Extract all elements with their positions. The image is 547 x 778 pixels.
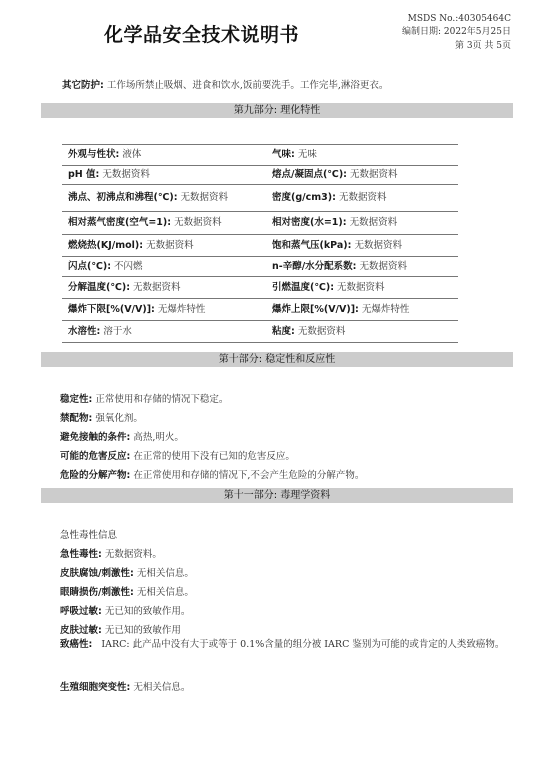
property-cell: 密度(g/cm3): 无数据资料 bbox=[266, 185, 458, 212]
table-row: 水溶性: 溶于水 粘度: 无数据资料 bbox=[62, 321, 458, 343]
compiled-date-value: 2022年5月25日 bbox=[444, 27, 511, 37]
property-cell: 燃烧热(KJ/mol): 无数据资料 bbox=[62, 235, 266, 257]
property-cell: 沸点、初沸点和沸程(℃): 无数据资料 bbox=[62, 185, 266, 212]
section10-header: 第十部分: 稳定性和反应性 bbox=[41, 352, 513, 367]
section11-header: 第十一部分: 毒理学资料 bbox=[41, 488, 513, 503]
decomposition-products-item: 危险的分解产物: 在正常使用和存储的情况下,不会产生危险的分解产物。 bbox=[60, 467, 364, 481]
document-title: 化学品安全技术说明书 bbox=[104, 20, 299, 47]
table-row: 相对蒸气密度(空气=1): 无数据资料 相对密度(水=1): 无数据资料 bbox=[62, 212, 458, 235]
skin-sensitization-item: 皮肤过敏: 无已知的致敏作用 bbox=[60, 622, 181, 636]
compiled-date: 编制日期: 2022年5月25日 bbox=[402, 26, 511, 39]
property-cell: 气味: 无味 bbox=[266, 145, 458, 166]
property-cell: 外观与性状: 液体 bbox=[62, 145, 266, 166]
property-cell: 分解温度(℃): 无数据资料 bbox=[62, 277, 266, 299]
compiled-date-label: 编制日期: bbox=[402, 27, 441, 37]
property-cell: 爆炸上限[%(V/V)]: 无爆炸特性 bbox=[266, 299, 458, 321]
other-protection-label: 其它防护: bbox=[62, 80, 104, 91]
carcinogenicity-item: 致癌性: IARC: 此产品中没有大于或等于 0.1%含量的组分被 IARC 鉴… bbox=[40, 635, 510, 654]
other-protection-value: 工作场所禁止吸烟、进食和饮水,饭前要洗手。工作完毕,淋浴更衣。 bbox=[107, 80, 389, 91]
table-row: 闪点(℃): 不闪燃 n-辛醇/水分配系数: 无数据资料 bbox=[62, 257, 458, 277]
property-cell: n-辛醇/水分配系数: 无数据资料 bbox=[266, 257, 458, 277]
skin-corrosion-item: 皮肤腐蚀/刺激性: 无相关信息。 bbox=[60, 565, 194, 579]
property-cell: 水溶性: 溶于水 bbox=[62, 321, 266, 343]
property-cell: 熔点/凝固点(℃): 无数据资料 bbox=[266, 166, 458, 185]
property-cell: 引燃温度(℃): 无数据资料 bbox=[266, 277, 458, 299]
table-row: 沸点、初沸点和沸程(℃): 无数据资料 密度(g/cm3): 无数据资料 bbox=[62, 185, 458, 212]
property-cell: 相对密度(水=1): 无数据资料 bbox=[266, 212, 458, 235]
table-row: 分解温度(℃): 无数据资料 引燃温度(℃): 无数据资料 bbox=[62, 277, 458, 299]
msds-number: MSDS No.:40305464C bbox=[408, 13, 511, 26]
acute-toxicity-item: 急性毒性: 无数据资料。 bbox=[60, 546, 162, 560]
property-cell: 闪点(℃): 不闪燃 bbox=[62, 257, 266, 277]
germ-cell-mutagenicity-item: 生殖细胞突变性: 无相关信息。 bbox=[60, 679, 190, 693]
property-cell: 爆炸下限[%(V/V)]: 无爆炸特性 bbox=[62, 299, 266, 321]
property-cell: 相对蒸气密度(空气=1): 无数据资料 bbox=[62, 212, 266, 235]
section9-header: 第九部分: 理化特性 bbox=[41, 103, 513, 118]
table-row: 外观与性状: 液体 气味: 无味 bbox=[62, 145, 458, 166]
conditions-to-avoid-item: 避免接触的条件: 高热,明火。 bbox=[60, 429, 184, 443]
eye-damage-item: 眼睛损伤/刺激性: 无相关信息。 bbox=[60, 584, 194, 598]
acute-toxicity-subheading: 急性毒性信息 bbox=[60, 527, 117, 541]
table-row: 燃烧热(KJ/mol): 无数据资料 饱和蒸气压(kPa): 无数据资料 bbox=[62, 235, 458, 257]
table-row: 爆炸下限[%(V/V)]: 无爆炸特性 爆炸上限[%(V/V)]: 无爆炸特性 bbox=[62, 299, 458, 321]
property-cell: pH 值: 无数据资料 bbox=[62, 166, 266, 185]
stability-item: 稳定性: 正常使用和存储的情况下稳定。 bbox=[60, 391, 228, 405]
page-info: 第 3页 共 5页 bbox=[455, 40, 511, 53]
respiratory-sensitization-item: 呼吸过敏: 无已知的致敏作用。 bbox=[60, 603, 190, 617]
physical-chemical-properties-table: 外观与性状: 液体 气味: 无味 pH 值: 无数据资料 熔点/凝固点(℃): … bbox=[62, 144, 458, 343]
other-protection: 其它防护: 工作场所禁止吸烟、进食和饮水,饭前要洗手。工作完毕,淋浴更衣。 bbox=[62, 77, 388, 91]
property-cell: 粘度: 无数据资料 bbox=[266, 321, 458, 343]
hazardous-reactions-item: 可能的危害反应: 在正常的使用下没有已知的危害反应。 bbox=[60, 448, 295, 462]
property-cell: 饱和蒸气压(kPa): 无数据资料 bbox=[266, 235, 458, 257]
table-row: pH 值: 无数据资料 熔点/凝固点(℃): 无数据资料 bbox=[62, 166, 458, 185]
incompatible-materials-item: 禁配物: 强氧化剂。 bbox=[60, 410, 143, 424]
